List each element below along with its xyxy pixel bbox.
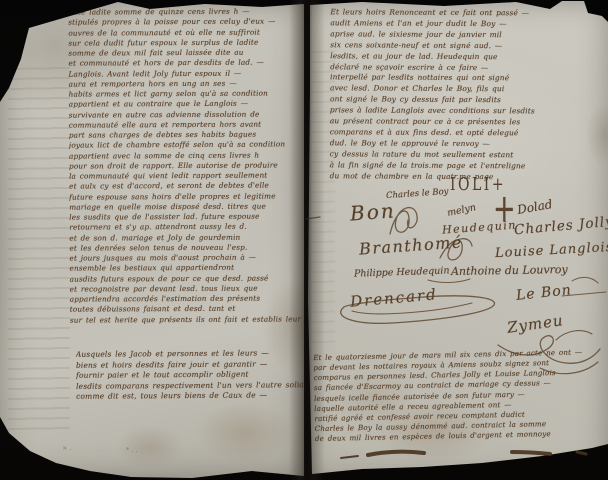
signature-drencard: Drencard <box>349 285 438 311</box>
right-page-bottom-paragraph: Et le quatorziesme jour de mars mil six … <box>313 347 608 445</box>
signature-le-bon: Le Bon <box>515 282 572 304</box>
manuscript-line: et aulx cy est d'accord, et seront de de… <box>69 181 302 192</box>
bleedthrough-text-column <box>8 62 70 434</box>
signature-branthome: Branthomé <box>358 232 463 258</box>
manuscript-line: lesdits, et au jour de lad. Heudequin qu… <box>330 51 606 63</box>
manuscript-line: habits armes et lict garny selon qu'à sa… <box>69 88 302 99</box>
left-page-main-text: faite ladite somme de quinze cens livres… <box>68 6 303 325</box>
signature-melyn: melyn <box>446 202 477 219</box>
manuscript-line: lesdits comparans respectivement l'un ve… <box>76 380 303 392</box>
margin-mark: × . <box>62 444 72 452</box>
left-page: faite ladite somme de quinze cens livres… <box>0 0 304 480</box>
left-page-closing-paragraph: Ausquels les Jacob et personnes et les l… <box>76 348 303 402</box>
signature-bon: Bon <box>349 198 396 225</box>
signature-charles-jolly: Charles Jolly <box>513 214 608 239</box>
manuscript-line: ausdits futurs espoux de pour ce que des… <box>70 273 303 284</box>
signature-anthoine-du-louvroy: Anthoine du Louvroy <box>451 263 568 278</box>
manuscript-line: sur tel est herite que présents ils ont … <box>70 314 303 325</box>
manuscript-line: à la fin signé de la trois.me page et l'… <box>330 160 606 172</box>
manuscript-line: comme dit est, tous leurs biens de Caux … <box>76 390 303 402</box>
signature-louise-langlois: Louise Langlois <box>495 240 608 261</box>
manuscript-line: future espouse sans hoirs d'elle propres… <box>69 191 302 202</box>
margin-mark: * . . <box>126 446 138 454</box>
manuscript-line: stipulés propres à la poisse pour ces ce… <box>68 17 301 28</box>
manuscript-scan: faite ladite somme de quinze cens livres… <box>0 0 608 480</box>
signature-zymeu: Zymeu <box>506 311 565 337</box>
right-page: Et leurs hoirs Renonceant et ce fait ont… <box>304 0 608 480</box>
right-page-main-text: Et leurs hoirs Renonceant et ce fait ont… <box>330 7 607 183</box>
signature-philippe-heudequin: Philippe Heudequin <box>354 265 450 279</box>
manuscript-line: Ausquels les Jacob et personnes et les l… <box>76 348 303 360</box>
signature-cross-mark: + <box>493 187 516 232</box>
ink-smudge <box>577 452 586 454</box>
manuscript-line: joyaux lict de chambre estoffé selon qu'… <box>69 140 302 151</box>
signature-dolad: Dolad <box>516 197 553 217</box>
